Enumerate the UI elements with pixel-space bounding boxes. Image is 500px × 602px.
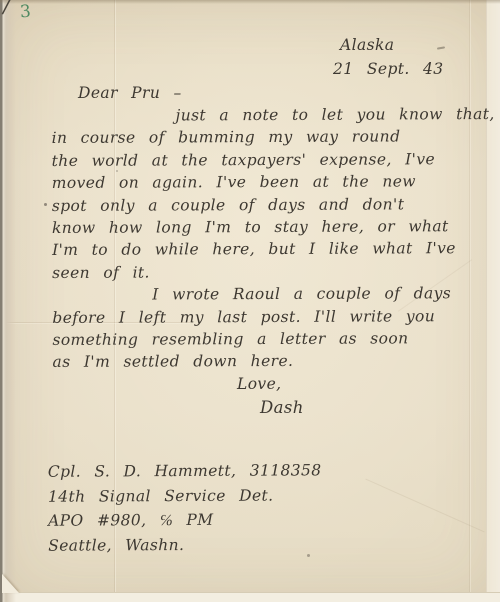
body-line: just a note to let you know that, xyxy=(51,103,481,127)
body-line: as I'm settled down here. xyxy=(52,349,482,373)
paper-left-edge xyxy=(0,0,16,602)
letter-body: just a note to let you know that, in cou… xyxy=(51,103,482,374)
return-address: Cpl. S. D. Hammett, 3118358 14th Signal … xyxy=(48,458,322,558)
letter-place: Alaska xyxy=(340,36,394,54)
page-number: 3 xyxy=(19,2,32,23)
signature: Dash xyxy=(260,398,304,417)
address-line: Seattle, Washn. xyxy=(48,532,322,558)
body-line: I'm to do while here, but I like what I'… xyxy=(52,237,482,261)
torn-corner xyxy=(2,574,19,593)
letter-date: 21 Sept. 43 xyxy=(333,60,444,78)
letter-scan: / 3 Alaska 21 Sept. 43 Dear Pru – just a… xyxy=(0,0,500,602)
body-line: spot only a couple of days and don't xyxy=(52,193,482,217)
body-line: moved on again. I've been at the new xyxy=(52,170,482,194)
body-line: before I left my last post. I'll write y… xyxy=(52,305,482,329)
address-line: APO #980, ℅ PM xyxy=(48,507,322,533)
body-line: something resembling a letter as soon xyxy=(52,327,482,351)
body-line: in course of bumming my way round xyxy=(52,125,482,149)
paper-wrinkle xyxy=(365,479,484,533)
body-line: know how long I'm to stay here, or what xyxy=(52,215,482,239)
paper-top-edge xyxy=(0,0,500,4)
paper-bottom-edge xyxy=(0,592,500,602)
address-line: 14th Signal Service Det. xyxy=(48,483,322,509)
body-line: I wrote Raoul a couple of days xyxy=(52,282,482,306)
salutation: Dear Pru – xyxy=(78,84,182,102)
closing: Love, xyxy=(237,375,281,393)
paper-right-edge xyxy=(486,0,500,602)
pencil-speck xyxy=(437,46,445,49)
body-line: seen of it. xyxy=(52,260,482,284)
body-line: the world at the taxpayers' expense, I'v… xyxy=(52,148,482,172)
ink-speck xyxy=(44,203,47,206)
address-line: Cpl. S. D. Hammett, 3118358 xyxy=(48,458,322,484)
letter-paper: / 3 Alaska 21 Sept. 43 Dear Pru – just a… xyxy=(0,0,500,602)
